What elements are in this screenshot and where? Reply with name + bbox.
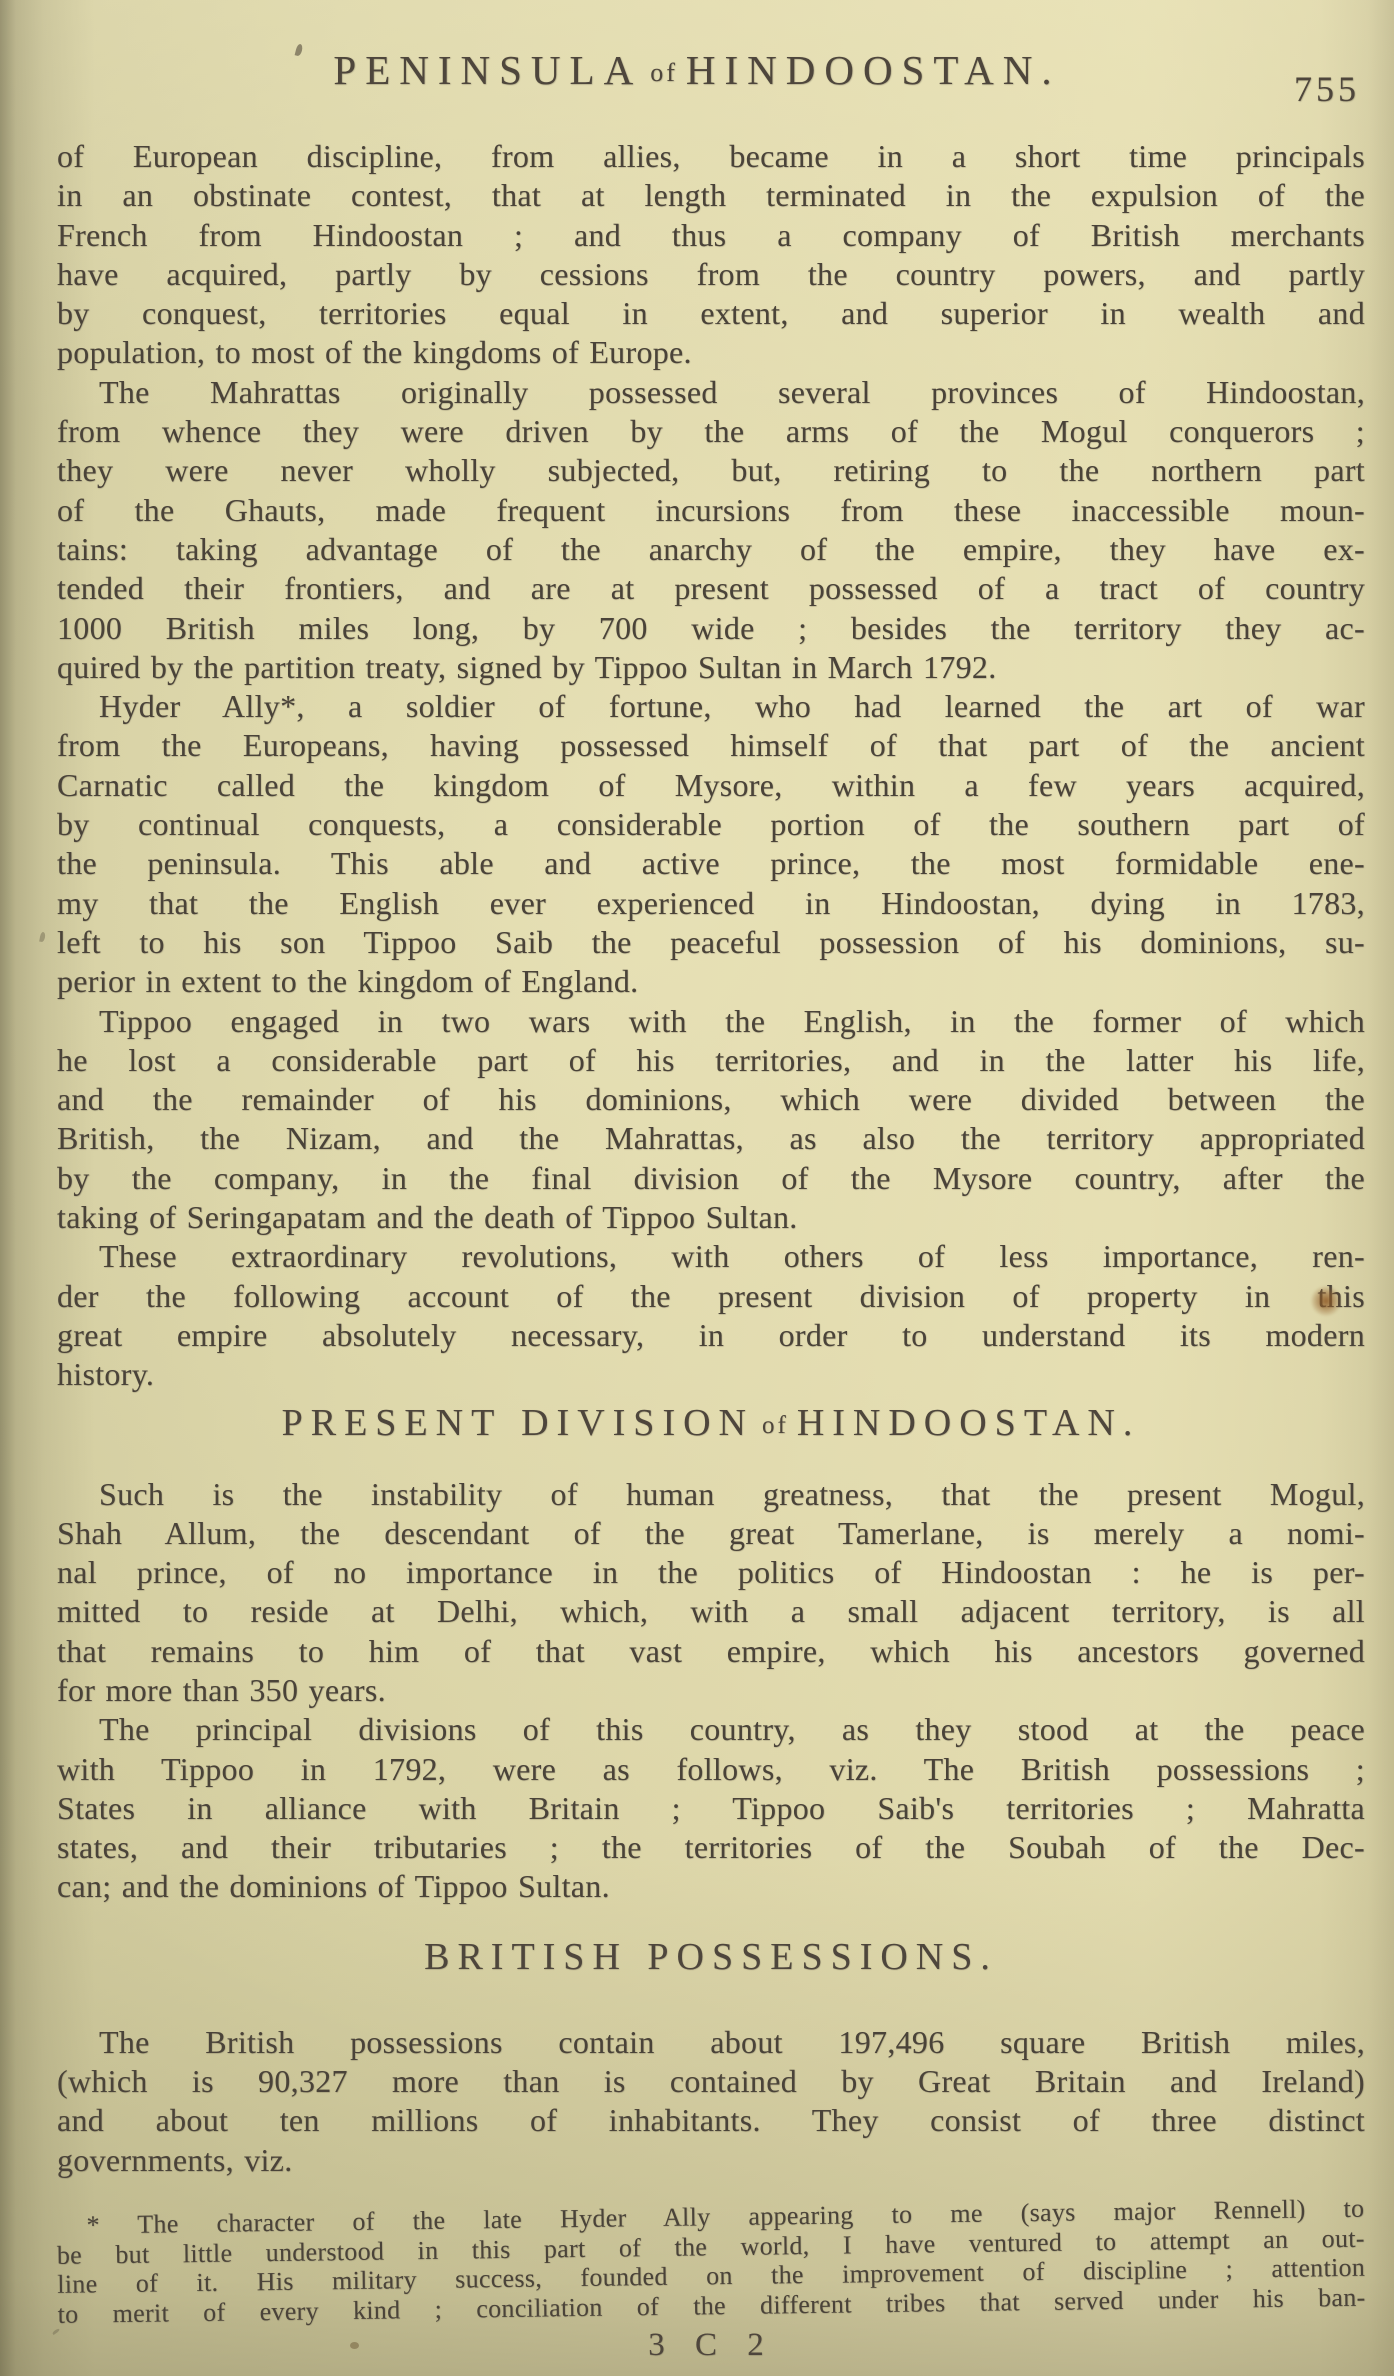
body-blocks: of European discipline, from allies, bec… xyxy=(57,137,1365,2370)
text-line: quired by the partition treaty, signed b… xyxy=(57,648,1365,687)
text-line: British, the Nizam, and the Mahrattas, a… xyxy=(57,1119,1365,1158)
text-line: mitted to reside at Delhi, which, with a… xyxy=(57,1592,1365,1631)
text-line: The British possessions contain about 19… xyxy=(57,2023,1365,2062)
text-line: my that the English ever experienced in … xyxy=(57,884,1365,923)
text-line: der the following account of the present… xyxy=(57,1277,1365,1316)
text-line: great empire absolutely necessary, in or… xyxy=(57,1316,1365,1355)
text-line: left to his son Tippoo Saib the peaceful… xyxy=(57,923,1365,962)
text-line: states, and their tributaries ; the terr… xyxy=(57,1828,1365,1867)
text-line: governments, viz. xyxy=(57,2141,1365,2180)
page-title: PENINSULAofHINDOOSTAN. xyxy=(0,46,1394,94)
heading-text: BRITISH POSSESSIONS. xyxy=(424,1936,998,1978)
paragraph: The British possessions contain about 19… xyxy=(57,2023,1365,2180)
paragraph: of European discipline, from allies, bec… xyxy=(57,137,1365,373)
page-number: 755 xyxy=(1294,68,1360,110)
text-line: and the remainder of his dominions, whic… xyxy=(57,1080,1365,1119)
text-line: The principal divisions of this country,… xyxy=(57,1710,1365,1749)
text-line: by conquest, territories equal in extent… xyxy=(57,294,1365,333)
text-line: These extraordinary revolutions, with ot… xyxy=(57,1237,1365,1276)
text-line: Tippoo engaged in two wars with the Engl… xyxy=(57,1002,1365,1041)
text-line: he lost a considerable part of his terri… xyxy=(57,1041,1365,1080)
text-line: can; and the dominions of Tippoo Sultan. xyxy=(57,1867,1365,1906)
british-possessions-heading: BRITISH POSSESSIONS. xyxy=(57,1935,1365,1979)
text-line: Carnatic called the kingdom of Mysore, w… xyxy=(57,766,1365,805)
heading-text: PRESENT DIVISION xyxy=(282,1402,754,1444)
text-line: by continual conquests, a considerable p… xyxy=(57,805,1365,844)
footnote: * The character of the late Hyder Ally a… xyxy=(56,2194,1365,2329)
text-line: tended their frontiers, and are at prese… xyxy=(57,569,1365,608)
paragraph: The Mahrattas originally possessed sever… xyxy=(57,373,1365,687)
paragraph: The principal divisions of this country,… xyxy=(57,1710,1365,1906)
present-division-heading: PRESENT DIVISIONofHINDOOSTAN. xyxy=(57,1401,1365,1445)
title-word-left: PENINSULA xyxy=(333,47,642,93)
text-line: Shah Allum, the descendant of the great … xyxy=(57,1514,1365,1553)
text-line: nal prince, of no importance in the poli… xyxy=(57,1553,1365,1592)
text-line: taking of Seringapatam and the death of … xyxy=(57,1198,1365,1237)
text-line: they were never wholly subjected, but, r… xyxy=(57,451,1365,490)
ink-speck xyxy=(39,932,46,943)
text-line: by the company, in the final division of… xyxy=(57,1159,1365,1198)
foxing-spot xyxy=(1311,1286,1341,1316)
paragraph: These extraordinary revolutions, with ot… xyxy=(57,1237,1365,1394)
heading-text: HINDOOSTAN. xyxy=(797,1402,1141,1444)
text-line: (which is 90,327 more than is contained … xyxy=(57,2062,1365,2101)
text-line: tains: taking advantage of the anarchy o… xyxy=(57,530,1365,569)
text-line: that remains to him of that vast empire,… xyxy=(57,1632,1365,1671)
text-line: French from Hindoostan ; and thus a comp… xyxy=(57,216,1365,255)
title-word-right: HINDOOSTAN. xyxy=(686,47,1061,93)
text-line: of European discipline, from allies, bec… xyxy=(57,137,1365,176)
text-line: from the Europeans, having possessed him… xyxy=(57,726,1365,765)
text-line: 1000 British miles long, by 700 wide ; b… xyxy=(57,609,1365,648)
paragraph: Such is the instability of human greatne… xyxy=(57,1475,1365,1711)
text-line: have acquired, partly by cessions from t… xyxy=(57,255,1365,294)
heading-of-small-caps: of xyxy=(762,1412,789,1439)
title-word-of: of xyxy=(650,58,678,87)
text-line: with Tippoo in 1792, were as follows, vi… xyxy=(57,1750,1365,1789)
text-line: perior in extent to the kingdom of Engla… xyxy=(57,962,1365,1001)
text-line: the peninsula. This able and active prin… xyxy=(57,844,1365,883)
text-line: Hyder Ally*, a soldier of fortune, who h… xyxy=(57,687,1365,726)
text-line: population, to most of the kingdoms of E… xyxy=(57,333,1365,372)
text-line: history. xyxy=(57,1355,1365,1394)
ink-speck xyxy=(350,2342,359,2349)
text-line: from whence they were driven by the arms… xyxy=(57,412,1365,451)
paragraph: Tippoo engaged in two wars with the Engl… xyxy=(57,1002,1365,1238)
text-line: States in alliance with Britain ; Tippoo… xyxy=(57,1789,1365,1828)
text-line: for more than 350 years. xyxy=(57,1671,1365,1710)
paragraph: Hyder Ally*, a soldier of fortune, who h… xyxy=(57,687,1365,1001)
text-line: and about ten millions of inhabitants. T… xyxy=(57,2101,1365,2140)
page-scan: PENINSULAofHINDOOSTAN. 755 of European d… xyxy=(0,0,1394,2376)
signature-mark: 3 C 2 xyxy=(57,2326,1365,2370)
text-line: Such is the instability of human greatne… xyxy=(57,1475,1365,1514)
text-line: of the Ghauts, made frequent incursions … xyxy=(57,491,1365,530)
text-line: in an obstinate contest, that at length … xyxy=(57,176,1365,215)
page-header: PENINSULAofHINDOOSTAN. 755 xyxy=(0,46,1394,116)
text-line: The Mahrattas originally possessed sever… xyxy=(57,373,1365,412)
